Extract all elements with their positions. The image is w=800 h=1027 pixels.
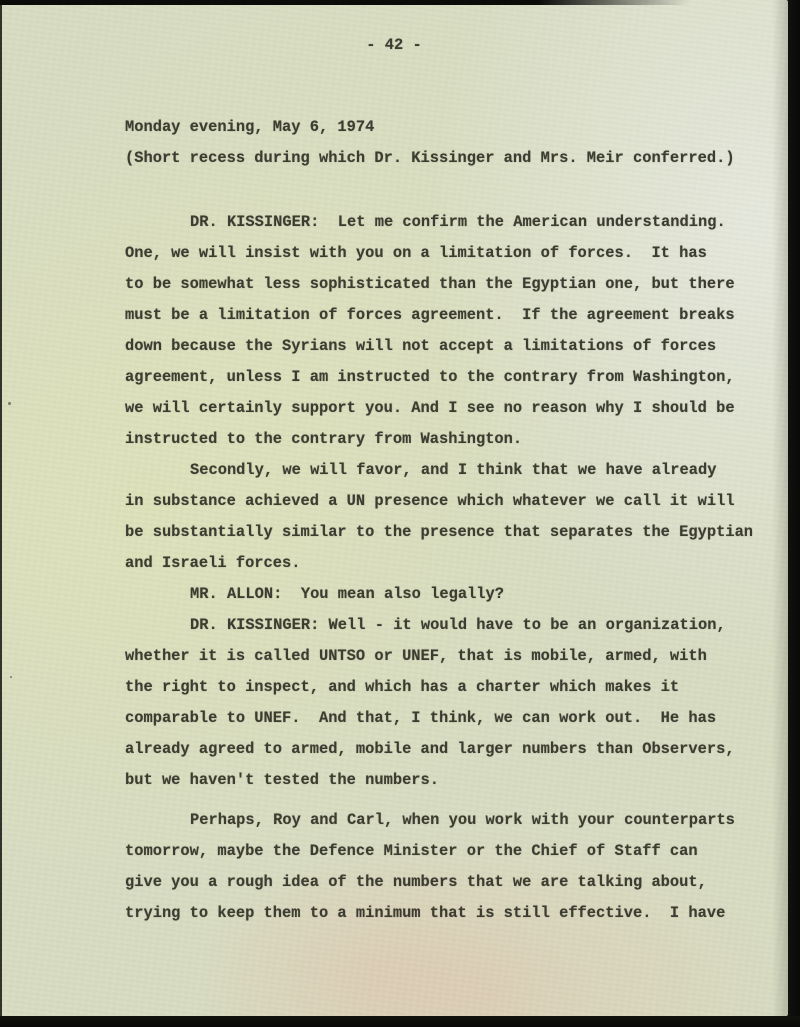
transcript-line: but we haven't tested the numbers. <box>0 765 788 796</box>
paragraph-kissinger-4: Perhaps, Roy and Carl, when you work wit… <box>0 805 788 929</box>
transcript-line: we will certainly support you. And I see… <box>0 393 788 424</box>
transcript-line: comparable to UNEF. And that, I think, w… <box>0 703 788 734</box>
transcript-line: already agreed to armed, mobile and larg… <box>0 734 788 765</box>
recess-note: (Short recess during which Dr. Kissinger… <box>0 143 788 174</box>
transcript-line: and Israeli forces. <box>0 548 788 579</box>
transcript-line: whether it is called UNTSO or UNEF, that… <box>0 641 788 672</box>
transcript-line: instructed to the contrary from Washingt… <box>0 424 788 455</box>
transcript-line: must be a limitation of forces agreement… <box>0 300 788 331</box>
paragraph-allon: MR. ALLON: You mean also legally? <box>0 579 788 610</box>
transcript-line: be substantially similar to the presence… <box>0 517 788 548</box>
transcript-line: the right to inspect, and which has a ch… <box>0 672 788 703</box>
speaker-line: DR. KISSINGER: Well - it would have to b… <box>0 610 788 641</box>
session-heading: Monday evening, May 6, 1974 (Short reces… <box>0 112 788 174</box>
scan-edge-top <box>0 0 690 5</box>
speaker-line: DR. KISSINGER: Let me confirm the Americ… <box>0 207 788 238</box>
paragraph-kissinger-1: DR. KISSINGER: Let me confirm the Americ… <box>0 207 788 455</box>
transcript-line: give you a rough idea of the numbers tha… <box>0 867 788 898</box>
transcript-line: down because the Syrians will not accept… <box>0 331 788 362</box>
speaker-line: MR. ALLON: You mean also legally? <box>0 579 788 610</box>
transcript-content: - 42 - Monday evening, May 6, 1974 (Shor… <box>0 0 788 1016</box>
page-number: - 42 - <box>0 30 788 61</box>
scanned-page: - 42 - Monday evening, May 6, 1974 (Shor… <box>0 0 788 1016</box>
paragraph-kissinger-3: DR. KISSINGER: Well - it would have to b… <box>0 610 788 796</box>
paragraph-kissinger-2: Secondly, we will favor, and I think tha… <box>0 455 788 579</box>
transcript-line: One, we will insist with you on a limita… <box>0 238 788 269</box>
transcript-line: in substance achieved a UN presence whic… <box>0 486 788 517</box>
transcript-line: Secondly, we will favor, and I think tha… <box>0 455 788 486</box>
transcript-line: to be somewhat less sophisticated than t… <box>0 269 788 300</box>
transcript-line: tomorrow, maybe the Defence Minister or … <box>0 836 788 867</box>
transcript-line: agreement, unless I am instructed to the… <box>0 362 788 393</box>
scanner-bed-right <box>788 0 800 1027</box>
date-heading: Monday evening, May 6, 1974 <box>0 112 788 143</box>
transcript-line: trying to keep them to a minimum that is… <box>0 898 788 929</box>
scan-edge-left <box>0 0 2 1027</box>
scanner-bed-bottom <box>0 1016 800 1027</box>
transcript-line: Perhaps, Roy and Carl, when you work wit… <box>0 805 788 836</box>
